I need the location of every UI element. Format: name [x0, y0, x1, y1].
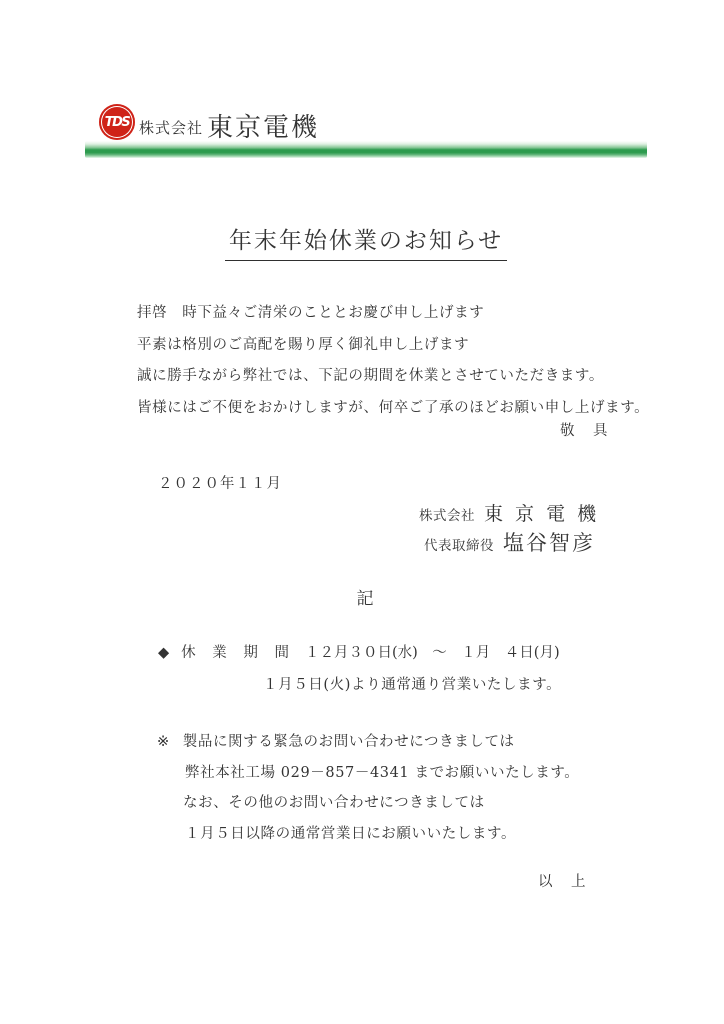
title-row: 年末年始休業のお知らせ: [85, 222, 647, 261]
holiday-period-note: １月５日(火)より通常通り営業いたします。: [263, 673, 561, 694]
ki-heading-row: 記: [85, 584, 647, 609]
holiday-period-line: ◆休 業 期 間１２月３０日(水) ～ １月 ４日(月): [158, 641, 560, 662]
contact-line-1: ※製品に関する緊急のお問い合わせにつきましては: [157, 730, 515, 751]
signature-company-prefix: 株式会社: [419, 504, 475, 524]
asterisk-mark-icon: ※: [157, 734, 170, 750]
greeting-line-1: 拝啓 時下益々ご清栄のこととお慶び申し上げます: [137, 301, 484, 322]
holiday-period-value: １２月３０日(水) ～ １月 ４日(月): [305, 645, 560, 661]
signature-name: 塩谷智彦: [503, 527, 595, 557]
contact-line-4: １月５日以降の通常営業日にお願いいたします。: [185, 822, 516, 843]
signature-role: 代表取締役: [424, 534, 494, 554]
document-page: TDS 株式会社 東京電機 年末年始休業のお知らせ 拝啓 時下益々ご清栄のことと…: [0, 0, 724, 1024]
page-title: 年末年始休業のお知らせ: [225, 222, 507, 261]
greeting-line-2: 平素は格別のご高配を賜り厚く御礼申し上げます: [137, 333, 469, 354]
end-ijou-label: 以 上: [538, 870, 588, 891]
header-divider-bar: [85, 141, 647, 158]
tds-logo-icon: TDS: [99, 104, 135, 140]
greeting-line-4: 皆様にはご不便をおかけしますが、何卒ご了承のほどお願い申し上げます。: [137, 396, 649, 417]
signature-person-row: 代表取締役 塩谷智彦: [424, 527, 595, 557]
holiday-period-label: 休 業 期 間: [181, 645, 295, 661]
signature-company-name: 東 京 電 機: [484, 499, 599, 526]
closing-keigu: 敬 具: [560, 419, 610, 440]
contact-line-3: なお、その他のお問い合わせにつきましては: [183, 791, 485, 812]
diamond-bullet-icon: ◆: [158, 645, 169, 661]
contact-line-1-text: 製品に関する緊急のお問い合わせにつきましては: [183, 734, 515, 750]
header-company-prefix: 株式会社: [139, 117, 203, 138]
greeting-line-3: 誠に勝手ながら弊社では、下記の期間を休業とさせていただきます。: [137, 364, 604, 385]
contact-line-2: 弊社本社工場 029－857－4341 までお願いいたします。: [185, 761, 579, 782]
ki-heading: 記: [357, 589, 376, 609]
issue-date: ２０２０年１１月: [158, 472, 282, 493]
header-company-name: 東京電機: [207, 107, 319, 144]
signature-company-row: 株式会社 東 京 電 機: [419, 499, 599, 526]
